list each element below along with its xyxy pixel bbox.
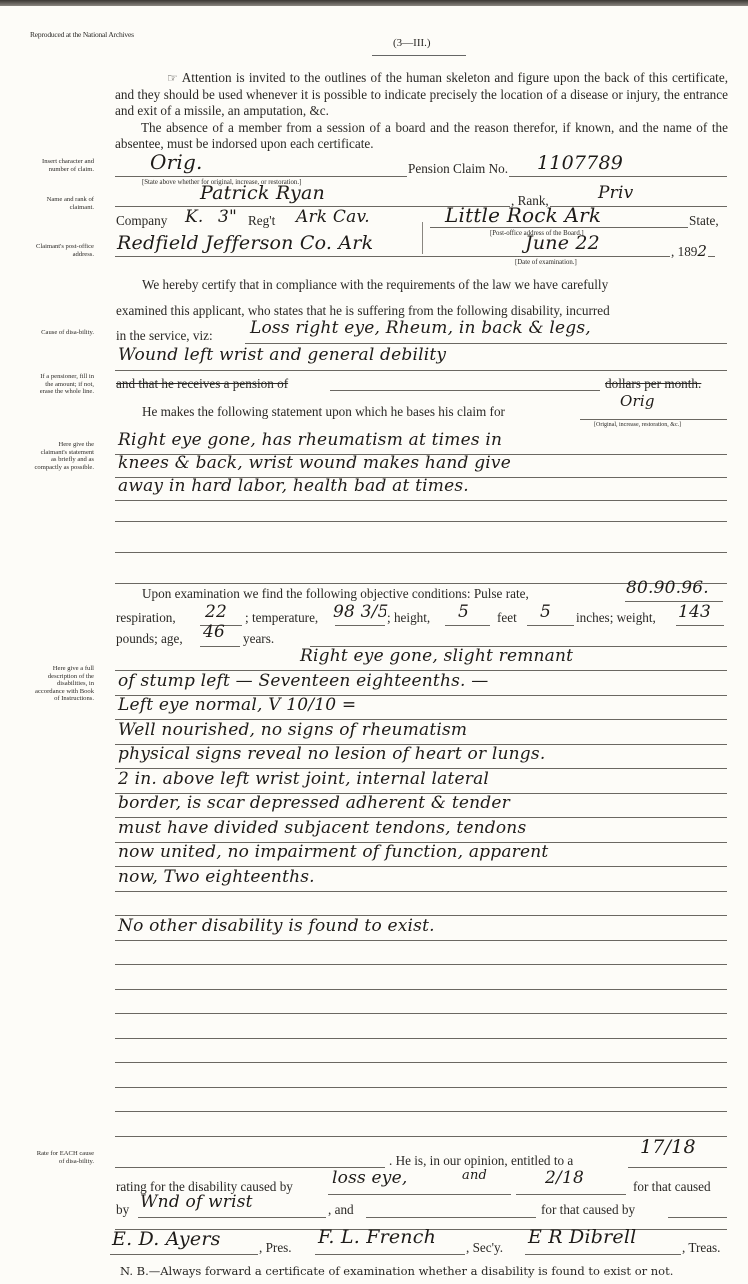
pension-amount-rule	[330, 390, 600, 391]
finding-line[interactable]: now united, no impairment of function, a…	[118, 842, 548, 862]
years-label: years.	[242, 631, 275, 647]
finding-rule	[115, 1111, 727, 1112]
for-that-caused: for that caused	[632, 1179, 712, 1195]
statement-line[interactable]: Right eye gone, has rheumatism at times …	[118, 430, 502, 450]
total-rating[interactable]: 17/18	[640, 1136, 696, 1158]
and-label: , and	[327, 1202, 355, 1218]
pulse-rate[interactable]: 80.90.96.	[626, 578, 709, 598]
finding-rule	[115, 964, 727, 965]
finding-rule	[115, 940, 727, 941]
finding-line[interactable]: now, Two eighteenths.	[118, 867, 315, 887]
cause4-rule	[668, 1217, 727, 1218]
pension-line-start: and that he receives a pension of	[115, 376, 289, 392]
claim-no-label: Pension Claim No.	[407, 161, 509, 177]
finding-rule	[115, 1062, 727, 1063]
certify-text-2: examined this applicant, who states that…	[115, 303, 611, 319]
claimant-rank[interactable]: Priv	[598, 183, 633, 203]
president-rule	[110, 1254, 258, 1255]
margin-label-name: Name and rank of claimant.	[34, 196, 94, 211]
height-feet-rule	[445, 625, 490, 626]
weight-value[interactable]: 143	[678, 602, 711, 622]
feet-label: feet	[496, 610, 518, 626]
claimant-post-office[interactable]: Redfield Jefferson Co. Ark	[117, 232, 373, 254]
claimant-name[interactable]: Patrick Ryan	[200, 182, 325, 204]
statement-line[interactable]: knees & back, wrist wound makes hand giv…	[118, 453, 511, 473]
cause-1[interactable]: loss eye,	[332, 1168, 407, 1188]
name-rule	[115, 206, 727, 207]
respiration-value[interactable]: 22	[205, 602, 227, 622]
column-divider	[422, 222, 423, 254]
finding-rule	[115, 1136, 727, 1137]
secretary-rule	[315, 1254, 465, 1255]
statement-blank-rule	[115, 521, 727, 522]
instructions: ☞Attention is invited to the outlines of…	[115, 70, 728, 153]
cause3-rule	[366, 1217, 536, 1218]
disability-line-2[interactable]: Wound left wrist and general debility	[118, 345, 446, 365]
finding-rule	[115, 1013, 727, 1014]
regiment-unit[interactable]: Ark Cav.	[296, 207, 370, 227]
opinion-text: . He is, in our opinion, entitled to a	[388, 1153, 574, 1169]
statement-blank-rule	[115, 552, 727, 553]
archives-stamp: Reproduced at the National Archives	[30, 30, 134, 39]
president-signature[interactable]: E. D. Ayers	[112, 1228, 221, 1250]
temperature-value[interactable]: 98 3/5	[333, 602, 389, 622]
certify-text-3: in the service, viz:	[115, 328, 214, 344]
margin-label-pensioner: If a pensioner, fill in the amount; if n…	[34, 373, 94, 396]
rating-2[interactable]: 2/18	[545, 1168, 584, 1188]
exam-date[interactable]: June 22	[525, 232, 600, 254]
finding-rule	[115, 1087, 727, 1088]
claim-character[interactable]: Orig.	[150, 150, 203, 174]
by-label: by	[115, 1202, 130, 1218]
certify-text-1: We hereby certify that in compliance wit…	[141, 277, 609, 293]
for-that-caused-by: for that caused by	[540, 1202, 636, 1218]
board-address-rule	[430, 227, 688, 228]
form-number: (3—III.)	[393, 37, 431, 49]
cause2-rule	[138, 1217, 326, 1218]
board-address[interactable]: Little Rock Ark	[445, 203, 601, 227]
rating2-rule	[516, 1194, 626, 1195]
finding-rule	[115, 989, 727, 990]
margin-label-address: Claimant's post-office address.	[34, 243, 94, 258]
margin-label-rate: Rate for EACH cause of disa-bility.	[34, 1150, 94, 1165]
age-rule	[200, 646, 240, 647]
treasurer-signature[interactable]: E R Dibrell	[528, 1226, 636, 1248]
pension-line-end: dollars per month.	[604, 376, 702, 392]
pounds-label: pounds; age,	[115, 631, 184, 647]
disability-rule-1	[245, 343, 727, 344]
finding-line[interactable]: No other disability is found to exist.	[118, 916, 435, 936]
secretary-signature[interactable]: F. L. French	[318, 1226, 436, 1248]
finding-rule	[115, 891, 727, 892]
pointing-hand-icon: ☞	[141, 70, 178, 87]
claim-for-rule	[580, 419, 727, 420]
regt-label: Reg't	[247, 213, 276, 229]
year-label: , 1892	[670, 242, 708, 260]
statement-intro: He makes the following statement upon wh…	[141, 404, 506, 420]
regiment-number[interactable]: 3"	[218, 207, 237, 227]
temperature-label: ; temperature,	[244, 610, 319, 626]
exam-intro: Upon examination we find the following o…	[141, 586, 530, 602]
disability-line-1[interactable]: Loss right eye, Rheum, in back & legs,	[250, 318, 591, 338]
total-rating-rule	[628, 1167, 727, 1168]
instruction-paragraph-2: The absence of a member from a session o…	[115, 120, 728, 153]
cause-2[interactable]: Wnd of wrist	[140, 1192, 253, 1212]
treasurer-label: , Treas.	[681, 1240, 721, 1256]
year-prefix: , 189	[671, 244, 697, 259]
height-inches-rule	[527, 625, 574, 626]
height-label: ; height,	[386, 610, 431, 626]
form-number-rule	[372, 55, 466, 56]
scan-top-border	[0, 0, 748, 6]
finding-line[interactable]: Well nourished, no signs of rheumatism	[118, 720, 467, 740]
company-value[interactable]: K.	[185, 207, 204, 227]
and-word[interactable]: and	[462, 1168, 487, 1183]
temperature-rule	[335, 625, 385, 626]
finding-line[interactable]: 2 in. above left wrist joint, internal l…	[118, 769, 489, 789]
secretary-label: , Sec'y.	[465, 1240, 504, 1256]
statement-line[interactable]: away in hard labor, health bad at times.	[118, 476, 469, 496]
finding-line[interactable]: of stump left — Seventeen eighteenths. —	[118, 671, 488, 691]
finding-line[interactable]: physical signs reveal no lesion of heart…	[118, 744, 545, 764]
treasurer-rule	[525, 1254, 681, 1255]
height-feet[interactable]: 5	[458, 602, 469, 622]
claim-number[interactable]: 1107789	[537, 152, 623, 174]
finding-rule	[115, 1038, 727, 1039]
claim-for-hint: [Original, increase, restoration, &c.]	[594, 422, 681, 428]
margin-label-description: Here give a full description of the disa…	[34, 665, 94, 703]
margin-label-claim: Insert character and number of claim.	[34, 158, 94, 173]
exam-date-hint: [Date of examination.]	[515, 259, 577, 266]
footer-note: N. B.—Always forward a certificate of ex…	[120, 1264, 673, 1278]
margin-label-statement: Here give the claimant's statement as br…	[34, 441, 94, 471]
cause1-rule	[328, 1194, 511, 1195]
claim-for[interactable]: Orig	[620, 392, 655, 410]
age-value[interactable]: 46	[203, 622, 225, 642]
finding-line[interactable]: Left eye normal, V 10/10 =	[118, 695, 356, 715]
finding-line[interactable]: must have divided subjacent tendons, ten…	[118, 818, 526, 838]
margin-label-cause: Cause of disa-bility.	[34, 329, 94, 337]
president-label: , Pres.	[258, 1240, 293, 1256]
instruction-paragraph-1: Attention is invited to the outlines of …	[115, 70, 728, 118]
state-label: State,	[688, 213, 720, 229]
year-suffix[interactable]: 2	[697, 242, 707, 260]
finding-line[interactable]: Right eye gone, slight remnant	[300, 646, 573, 666]
respiration-label: respiration,	[115, 610, 177, 626]
inches-label: inches; weight,	[575, 610, 657, 626]
company-label: Company	[115, 213, 168, 229]
height-inches[interactable]: 5	[540, 602, 551, 622]
post-office-rule	[115, 256, 715, 257]
statement-rule	[115, 500, 727, 501]
weight-rule	[676, 625, 724, 626]
finding-line[interactable]: border, is scar depressed adherent & ten…	[118, 793, 510, 813]
disability-rule-2	[115, 370, 727, 371]
